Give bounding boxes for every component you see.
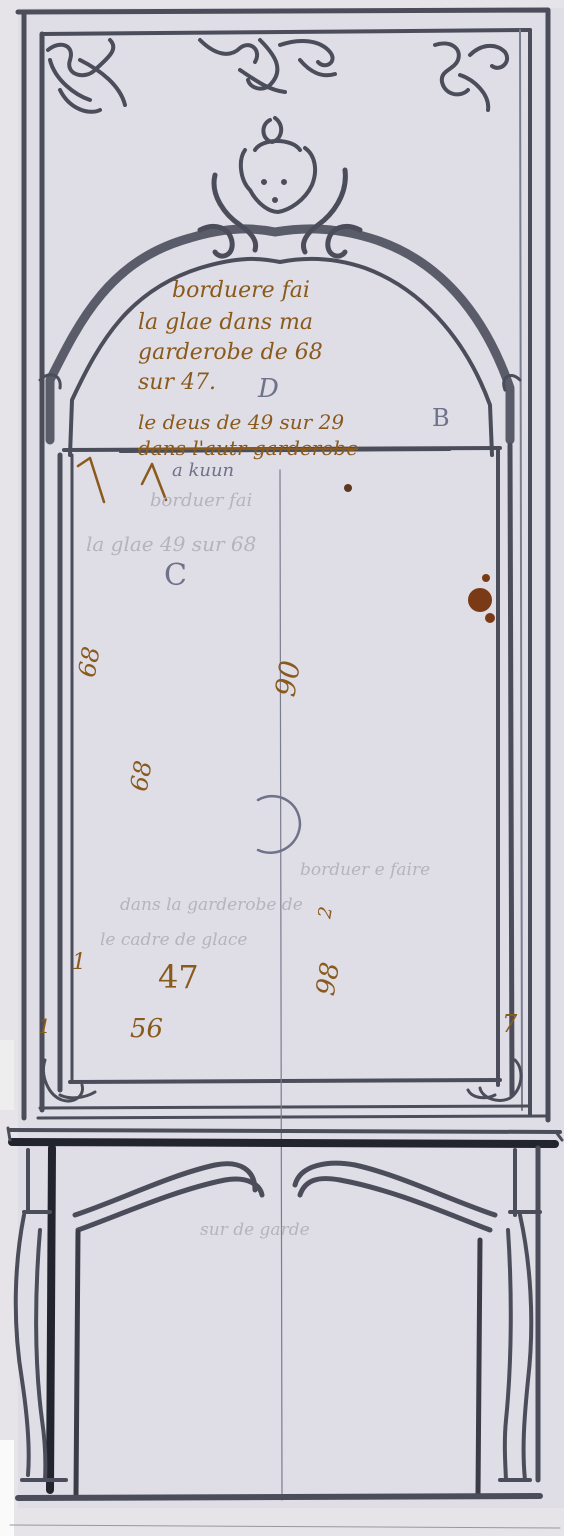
inscription-line-struck: dans l'autr garderobe <box>138 436 358 460</box>
faint-offset-text: dans la garderobe de <box>120 895 303 915</box>
hearth-line <box>18 1496 540 1498</box>
faint-offset-text: le cadre de glace <box>100 930 247 950</box>
inscription-line: borduere fai <box>172 278 310 303</box>
edge-mark: 7 <box>502 1010 517 1038</box>
faint-offset-text: borduer e faire <box>300 860 430 880</box>
dimension-label: 68 <box>125 759 158 794</box>
check-mark-left <box>78 458 104 502</box>
inscription-line: le deus de 49 sur 29 <box>138 410 344 434</box>
inscription-line: garderobe de 68 <box>138 340 323 365</box>
letter-d-small: D <box>258 374 279 404</box>
central-axis <box>280 470 282 1500</box>
jamb-left <box>50 1148 52 1490</box>
dimension-label: 56 <box>130 1014 163 1044</box>
dimension-label: 90 <box>268 658 307 699</box>
outer-frame <box>18 10 548 1120</box>
edge-mark: 1 <box>72 950 86 975</box>
dimension-label: 47 <box>158 958 199 996</box>
pencil-note: a kuun <box>172 460 234 481</box>
scroll-ornament-top-right <box>435 43 507 110</box>
fireplace-opening-left <box>76 1232 78 1495</box>
dimension-label: 98 <box>311 960 346 998</box>
inscription-line: sur 47. <box>138 370 216 395</box>
faint-offset-text: la glae 49 sur 68 <box>86 532 256 556</box>
pencil-letter-d <box>258 796 300 853</box>
scroll-ornament-top-left <box>48 40 125 112</box>
faint-offset-text: borduer fai <box>150 490 252 511</box>
fireplace-opening-right <box>478 1240 480 1495</box>
scroll-ornament-top-center <box>200 40 335 92</box>
chimneypiece-drawing <box>0 0 564 1536</box>
edge-mark: 1 <box>38 1014 51 1038</box>
letter-c: C <box>164 558 187 593</box>
mask-cartouche <box>241 118 315 212</box>
letter-b: B <box>432 404 450 432</box>
faint-offset-text: sur de garde <box>200 1220 310 1240</box>
mantel-shelf <box>10 1130 560 1132</box>
ink-stain <box>468 588 492 612</box>
dimension-label: 68 <box>73 645 106 680</box>
inscription-line: la glae dans ma <box>138 310 313 335</box>
